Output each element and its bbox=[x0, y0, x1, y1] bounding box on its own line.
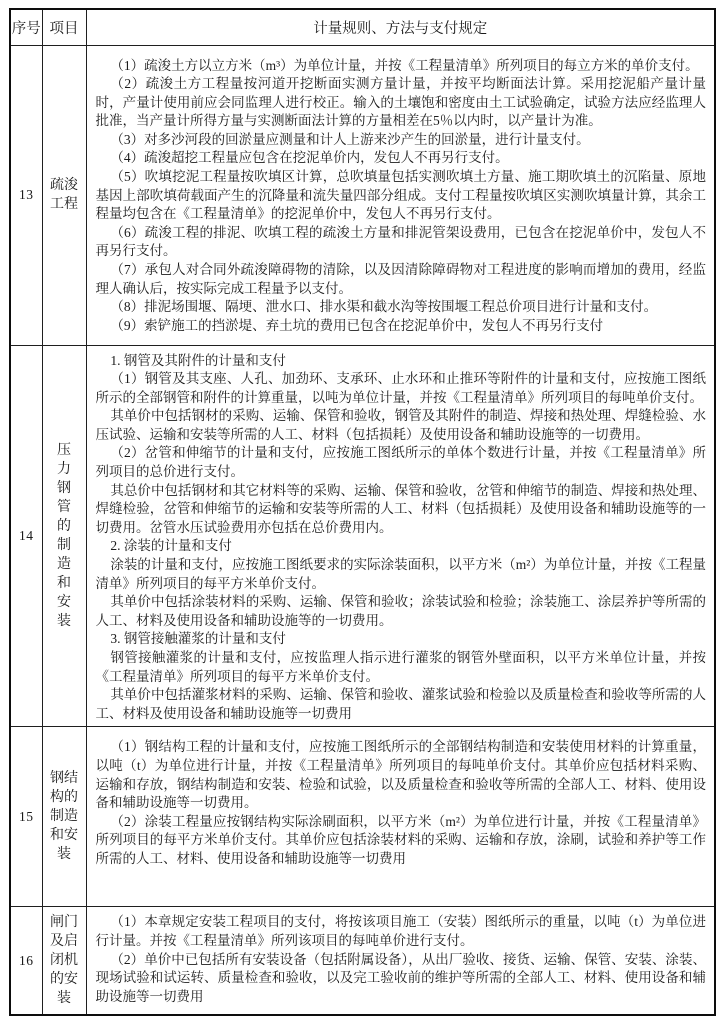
rule-paragraph: （7）承包人对合同外疏浚障碍物的清除，以及因清除障碍物对工程进度的影响而增加的费… bbox=[96, 261, 707, 298]
rules-cell: （1）本章规定安装工程项目的支付，将按该项目施工（安装）图纸所示的重量，以吨（t… bbox=[86, 907, 715, 1015]
rule-paragraph: 1. 钢管及其附件的计量和支付 bbox=[96, 352, 707, 371]
table-header-row: 序号 项目 计量规则、方法与支付规定 bbox=[10, 9, 715, 45]
rule-paragraph: （1）钢结构工程的计量和支付，应按施工图纸所示的全部钢结构制造和安装使用材料的计… bbox=[96, 738, 707, 812]
rule-paragraph: 钢管接触灌浆的计量和支付，应按监理人指示进行灌浆的钢管外壁面积，以平方米单位计量… bbox=[96, 649, 707, 686]
rule-paragraph: （2）涂装工程量应按钢结构实际涂刷面积，以平方米（m²）为单位进行计量，并按《工… bbox=[96, 813, 707, 869]
rule-paragraph: （2）单价中已包括所有安装设备（包括附属设备），从出厂验收、接货、运输、保管、安… bbox=[96, 951, 707, 1007]
rule-paragraph: （9）索铲施工的挡淤堤、弃土坑的费用已包含在挖泥单价中，发包人不再另行支付 bbox=[96, 317, 707, 336]
rule-paragraph: （2）岔管和伸缩节的计量和支付，应按施工图纸所示的单体个数进行计量，并按《工程量… bbox=[96, 444, 707, 481]
item-cell: 闸门 及启 闭机 的安 装 bbox=[42, 907, 86, 1015]
header-serial: 序号 bbox=[10, 9, 42, 45]
rule-paragraph: （1）钢管及其支座、人孔、加劲环、支承环、止水环和止推环等附件的计量和支付，应按… bbox=[96, 370, 707, 407]
rule-paragraph: 2. 涂装的计量和支付 bbox=[96, 537, 707, 556]
table-row: 14 压 力 钢 管 的 制 造 和 安 装 1. 钢管及其附件的计量和支付 （… bbox=[10, 345, 715, 727]
table-row: 13 疏浚 工程 （1）疏浚土方以立方米（m³）为单位计量，并按《工程量清单》所… bbox=[10, 45, 715, 345]
measurement-payment-table: 序号 项目 计量规则、方法与支付规定 13 疏浚 工程 （1）疏浚土方以立方米（… bbox=[9, 8, 716, 1016]
item-cell: 压 力 钢 管 的 制 造 和 安 装 bbox=[42, 345, 86, 727]
table-row: 15 钢结 构的 制造 和安 装 （1）钢结构工程的计量和支付，应按施工图纸所示… bbox=[10, 727, 715, 907]
item-cell: 疏浚 工程 bbox=[42, 45, 86, 345]
rules-cell: （1）钢结构工程的计量和支付，应按施工图纸所示的全部钢结构制造和安装使用材料的计… bbox=[86, 727, 715, 907]
header-rules: 计量规则、方法与支付规定 bbox=[86, 9, 715, 45]
rules-cell: 1. 钢管及其附件的计量和支付 （1）钢管及其支座、人孔、加劲环、支承环、止水环… bbox=[86, 345, 715, 727]
item-cell: 钢结 构的 制造 和安 装 bbox=[42, 727, 86, 907]
rule-paragraph: 涂装的计量和支付，应按施工图纸要求的实际涂装面积，以平方米（m²）为单位计量，并… bbox=[96, 556, 707, 593]
serial-cell: 13 bbox=[10, 45, 42, 345]
rule-paragraph: 其单价中包括钢材的采购、运输、保管和验收，钢管及其附件的制造、焊接和热处理、焊缝… bbox=[96, 407, 707, 444]
rule-paragraph: 3. 钢管接触灌浆的计量和支付 bbox=[96, 630, 707, 649]
serial-cell: 16 bbox=[10, 907, 42, 1015]
table-row: 16 闸门 及启 闭机 的安 装 （1）本章规定安装工程项目的支付，将按该项目施… bbox=[10, 907, 715, 1015]
rules-cell: （1）疏浚土方以立方米（m³）为单位计量，并按《工程量清单》所列项目的每立方米的… bbox=[86, 45, 715, 345]
rule-paragraph: （1）本章规定安装工程项目的支付，将按该项目施工（安装）图纸所示的重量，以吨（t… bbox=[96, 913, 707, 950]
rule-paragraph: （1）疏浚土方以立方米（m³）为单位计量，并按《工程量清单》所列项目的每立方米的… bbox=[96, 57, 707, 76]
rule-paragraph: （8）排泥场围堰、隔埂、泄水口、排水渠和截水沟等按围堰工程总价项目进行计量和支付… bbox=[96, 298, 707, 317]
rule-paragraph: （5）吹填挖泥工程量按吹填区计算，总吹填量包括实测吹填土方量、施工期吹填土的沉陷… bbox=[96, 168, 707, 224]
rule-paragraph: （2）疏浚土方工程量按河道开挖断面实测方量计量，并按平均断面法计算。采用挖泥船产… bbox=[96, 75, 707, 131]
rule-paragraph: （3）对多沙河段的回淤量应测量和计人上游来沙产生的回淤量，进行计量支付。 bbox=[96, 131, 707, 150]
document-page: 序号 项目 计量规则、方法与支付规定 13 疏浚 工程 （1）疏浚土方以立方米（… bbox=[0, 0, 725, 1023]
rule-paragraph: 其单价中包括灌浆材料的采购、运输、保管和验收、灌浆试验和检验以及质量检查和验收等… bbox=[96, 686, 707, 723]
rule-paragraph: （6）疏浚工程的排泥、吹填工程的疏浚土方量和排泥管架设费用，已包含在挖泥单价中，… bbox=[96, 224, 707, 261]
header-item: 项目 bbox=[42, 9, 86, 45]
serial-cell: 14 bbox=[10, 345, 42, 727]
rule-paragraph: 其总价中包括钢材和其它材料等的采购、运输、保管和验收，岔管和伸缩节的制造、焊接和… bbox=[96, 482, 707, 538]
rule-paragraph: （4）疏浚超挖工程量应包含在挖泥单价内，发包人不再另行支付。 bbox=[96, 149, 707, 168]
rule-paragraph: 其单价中包括涂装材料的采购、运输、保管和验收；涂装试验和检验；涂装施工、涂层养护… bbox=[96, 593, 707, 630]
serial-cell: 15 bbox=[10, 727, 42, 907]
